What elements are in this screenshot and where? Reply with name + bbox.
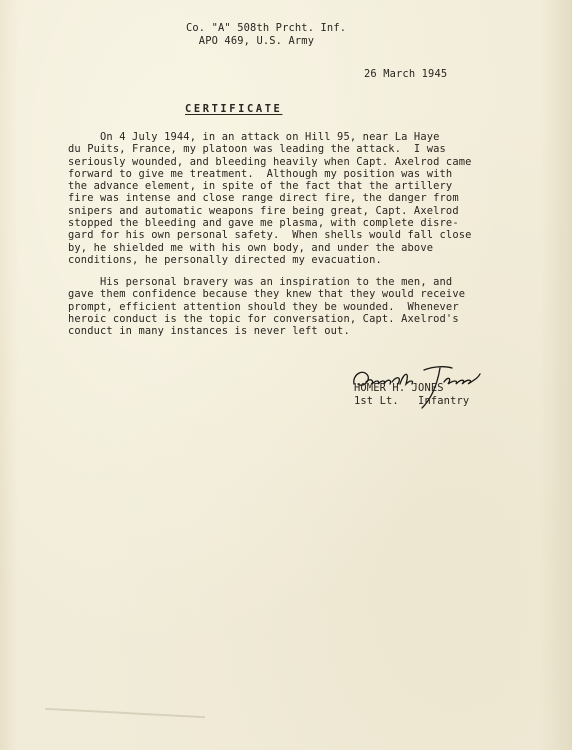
- signer-rank: 1st Lt. Infantry: [354, 395, 469, 408]
- text-line: by, he shielded me with his own body, an…: [68, 242, 472, 254]
- text-line: seriously wounded, and bleeding heavily …: [68, 156, 472, 168]
- text-line: conditions, he personally directed my ev…: [68, 254, 472, 266]
- text-line: the advance element, in spite of the fac…: [68, 180, 472, 192]
- document-page: Co. "A" 508th Prcht. Inf. APO 469, U.S. …: [0, 0, 572, 750]
- text-line: On 4 July 1944, in an attack on Hill 95,…: [68, 131, 472, 143]
- document-date: 26 March 1945: [364, 68, 447, 80]
- text-line: His personal bravery was an inspiration …: [68, 276, 465, 288]
- letterhead: Co. "A" 508th Prcht. Inf. APO 469, U.S. …: [186, 22, 346, 48]
- signature-block: HOMER H. JONES1st Lt. Infantry: [354, 382, 469, 407]
- text-line: fire was intense and close range direct …: [68, 192, 472, 204]
- text-line: gard for his own personal safety. When s…: [68, 229, 472, 241]
- paragraph-1: On 4 July 1944, in an attack on Hill 95,…: [68, 131, 472, 266]
- text-line: du Puits, France, my platoon was leading…: [68, 143, 472, 155]
- text-line: heroic conduct is the topic for conversa…: [68, 313, 465, 325]
- paragraph-2: His personal bravery was an inspiration …: [68, 276, 465, 337]
- letterhead-unit: Co. "A" 508th Prcht. Inf.: [186, 22, 346, 35]
- text-line: stopped the bleeding and gave me plasma,…: [68, 217, 472, 229]
- text-line: prompt, efficient attention should they …: [68, 301, 465, 313]
- document-title: CERTIFICATE: [185, 103, 282, 115]
- letterhead-address: APO 469, U.S. Army: [186, 35, 346, 48]
- paper-crease: [45, 708, 205, 718]
- text-line: conduct in many instances is never left …: [68, 325, 465, 337]
- text-line: snipers and automatic weapons fire being…: [68, 205, 472, 217]
- text-line: gave them confidence because they knew t…: [68, 288, 465, 300]
- signer-name: HOMER H. JONES: [354, 382, 469, 395]
- text-line: forward to give me treatment. Although m…: [68, 168, 472, 180]
